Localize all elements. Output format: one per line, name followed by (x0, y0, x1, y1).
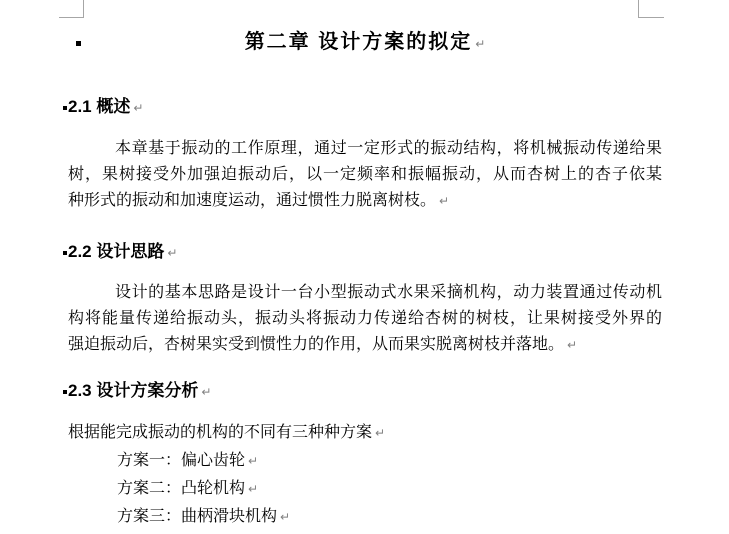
scheme-item-text: 方案三：曲柄滑块机构 (117, 508, 277, 525)
paragraph-line: 强迫振动后，杏树果实受到惯性力的作用，从而果实脱离树枝并落地。↵ (68, 332, 662, 358)
paragraph-line: 种形式的振动和加速度运动，通过惯性力脱离树枝。↵ (68, 188, 662, 214)
paragraph-line-text: 构将能量传递给振动头，振动头将振动力传递给杏树的树枝，让果树接受外界的 (68, 310, 662, 327)
scheme-item-text: 方案一：偏心齿轮 (117, 452, 245, 469)
paragraph-line-text: 强迫振动后，杏树果实受到惯性力的作用，从而果实脱离树枝并落地。 (68, 336, 564, 353)
word-document-page: 第二章 设计方案的拟定↵ 2.1 概述↵ 本章基于振动的工作原理，通过一定形式的… (0, 0, 729, 534)
section-2-2-paragraph: 设计的基本思路是设计一台小型振动式水果采摘机构，动力装置通过传动机 构将能量传递… (68, 280, 662, 358)
paragraph-line: 构将能量传递给振动头，振动头将振动力传递给杏树的树枝，让果树接受外界的 (68, 306, 662, 332)
paragraph-mark-icon: ↵ (375, 426, 385, 440)
paragraph-mark-icon: ↵ (248, 454, 258, 468)
paragraph-mark-icon: ↵ (567, 338, 577, 352)
paragraph-mark-icon: ↵ (475, 37, 485, 51)
paragraph-mark-icon: ↵ (280, 510, 290, 524)
schemes-intro-line: 根据能完成振动的机构的不同有三种种方案↵ (68, 419, 662, 447)
section-heading-2-1: 2.1 概述↵ (68, 97, 662, 118)
paragraph-line-text: 本章基于振动的工作原理，通过一定形式的振动结构，将机械振动传递给果 (115, 140, 662, 157)
paragraph-line-text: 设计的基本思路是设计一台小型振动式水果采摘机构，动力装置通过传动机 (115, 284, 662, 301)
section-heading-text: 2.3 设计方案分析 (68, 381, 198, 400)
paragraph-mark-icon: ↵ (133, 101, 143, 115)
schemes-intro-text: 根据能完成振动的机构的不同有三种种方案 (68, 424, 372, 441)
heading-square-bullet-icon (63, 251, 67, 255)
paragraph-line: 树，果树接受外加强迫振动后，以一定频率和振幅振动，从而杏树上的杏子依某 (68, 162, 662, 188)
paragraph-mark-icon: ↵ (439, 194, 449, 208)
heading-square-bullet-icon (63, 106, 67, 110)
section-heading-2-3: 2.3 设计方案分析↵ (68, 381, 662, 402)
scheme-item-text: 方案二：凸轮机构 (117, 480, 245, 497)
scheme-item-1: 方案一：偏心齿轮↵ (68, 447, 662, 475)
paragraph-line: 本章基于振动的工作原理，通过一定形式的振动结构，将机械振动传递给果 (68, 136, 662, 162)
section-heading-2-2: 2.2 设计思路↵ (68, 242, 662, 263)
scheme-item-3: 方案三：曲柄滑块机构↵ (68, 503, 662, 531)
chapter-title-text: 第二章 设计方案的拟定 (245, 31, 473, 53)
paragraph-line-text: 种形式的振动和加速度运动，通过惯性力脱离树枝。 (68, 192, 436, 209)
heading-square-bullet-icon (63, 390, 67, 394)
section-heading-text: 2.1 概述 (68, 97, 130, 116)
paragraph-mark-icon: ↵ (201, 385, 211, 399)
paragraph-line: 设计的基本思路是设计一台小型振动式水果采摘机构，动力装置通过传动机 (68, 280, 662, 306)
paragraph-mark-icon: ↵ (167, 246, 177, 260)
scheme-item-2: 方案二：凸轮机构↵ (68, 475, 662, 503)
paragraph-mark-icon: ↵ (248, 482, 258, 496)
paragraph-line-text: 树，果树接受外加强迫振动后，以一定频率和振幅振动，从而杏树上的杏子依某 (68, 166, 662, 183)
heading-square-bullet-icon (76, 41, 81, 46)
section-2-1-paragraph: 本章基于振动的工作原理，通过一定形式的振动结构，将机械振动传递给果 树，果树接受… (68, 136, 662, 214)
document-content: 第二章 设计方案的拟定↵ 2.1 概述↵ 本章基于振动的工作原理，通过一定形式的… (68, 0, 662, 531)
section-heading-text: 2.2 设计思路 (68, 242, 164, 261)
chapter-title: 第二章 设计方案的拟定↵ (68, 29, 662, 57)
